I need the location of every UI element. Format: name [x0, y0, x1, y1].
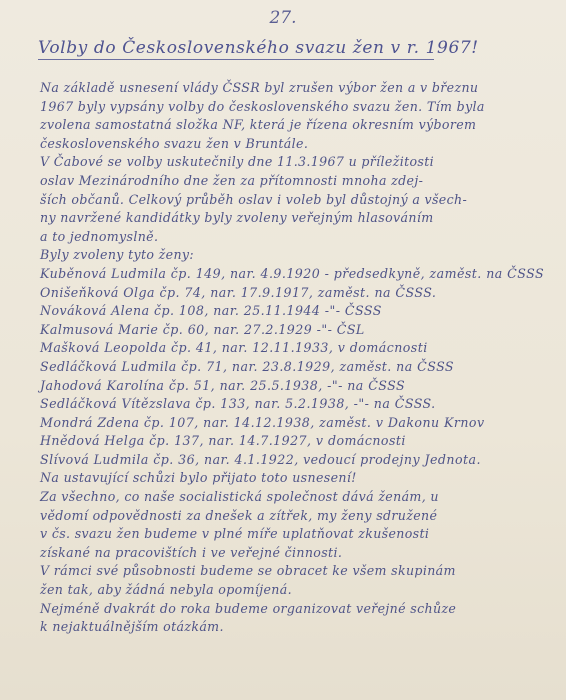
- intro-line: V Čabové se volby uskutečnily dne 11.3.1…: [40, 153, 540, 172]
- member-entry: Nováková Alena čp. 108, nar. 25.11.1944 …: [40, 302, 540, 321]
- resolution-line: V rámci své působnosti budeme se obracet…: [40, 562, 540, 581]
- member-entry: Slívová Ludmila čp. 36, nar. 4.1.1922, v…: [40, 451, 540, 470]
- page-title: Volby do Československého svazu žen v r.…: [38, 38, 434, 60]
- member-entry: Sedláčková Vítězslava čp. 133, nar. 5.2.…: [40, 395, 540, 414]
- intro-line: ny navržené kandidátky byly zvoleny veře…: [40, 209, 540, 228]
- resolution-line: získané na pracovištích i ve veřejné čin…: [40, 544, 540, 563]
- intro-line: 1967 byly vypsány volby do československ…: [40, 98, 540, 117]
- resolution-line: Za všechno, co naše socialistická společ…: [40, 488, 540, 507]
- page-body: Na základě usnesení vlády ČSSR byl zruše…: [40, 79, 540, 637]
- intro-line: československého svazu žen v Bruntále.: [40, 135, 540, 154]
- intro-line: oslav Mezinárodního dne žen za přítomnos…: [40, 172, 540, 191]
- resolution-line: Nejméně dvakrát do roka budeme organizov…: [40, 600, 540, 619]
- intro-line: a to jednomyslně.: [40, 228, 540, 247]
- page-number: 27.: [0, 8, 566, 28]
- resolution-line: Na ustavující schůzi bylo přijato toto u…: [40, 469, 540, 488]
- member-entry: Onišeňková Olga čp. 74, nar. 17.9.1917, …: [40, 284, 540, 303]
- intro-line: zvolena samostatná složka NF, která je ř…: [40, 116, 540, 135]
- resolution-line: v čs. svazu žen budeme v plné míře uplat…: [40, 525, 540, 544]
- resolution-line: žen tak, aby žádná nebyla opomíjená.: [40, 581, 540, 600]
- intro-line: ších občanů. Celkový průběh oslav i vole…: [40, 191, 540, 210]
- member-entry: Mondrá Zdena čp. 107, nar. 14.12.1938, z…: [40, 414, 540, 433]
- member-entry: Mašková Leopolda čp. 41, nar. 12.11.1933…: [40, 339, 540, 358]
- intro-line: Na základě usnesení vlády ČSSR byl zruše…: [40, 79, 540, 98]
- member-entry: Sedláčková Ludmila čp. 71, nar. 23.8.192…: [40, 358, 540, 377]
- member-entry: Hnědová Helga čp. 137, nar. 14.7.1927, v…: [40, 432, 540, 451]
- member-entry: Kuběnová Ludmila čp. 149, nar. 4.9.1920 …: [40, 265, 540, 284]
- resolution-line: k nejaktuálnějším otázkám.: [40, 618, 540, 637]
- handwritten-chronicle-page: 27. Volby do Československého svazu žen …: [0, 0, 566, 700]
- resolution-line: vědomí odpovědnosti za dnešek a zítřek, …: [40, 507, 540, 526]
- intro-line: Byly zvoleny tyto ženy:: [40, 246, 540, 265]
- member-entry: Jahodová Karolína čp. 51, nar. 25.5.1938…: [40, 377, 540, 396]
- member-entry: Kalmusová Marie čp. 60, nar. 27.2.1929 -…: [40, 321, 540, 340]
